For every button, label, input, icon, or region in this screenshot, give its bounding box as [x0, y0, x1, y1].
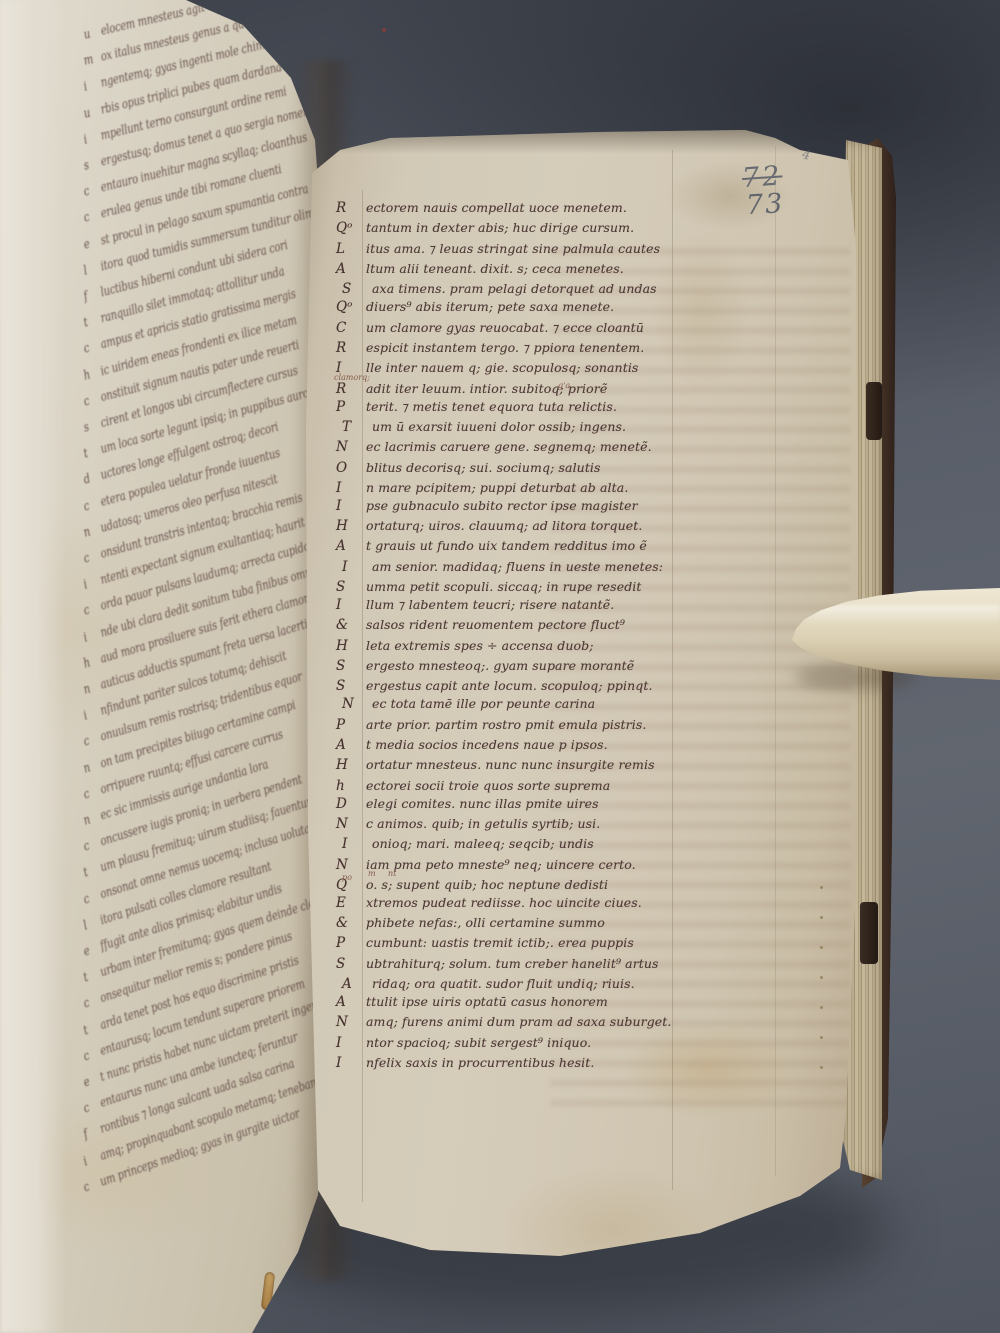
- verse-initial: f: [82, 288, 96, 305]
- verse-initial: i: [82, 576, 96, 593]
- verse-text: phibete nefas:, olli certamine summo: [366, 915, 605, 930]
- verse-initial: I: [342, 559, 362, 575]
- verse-initial: c: [82, 1099, 97, 1117]
- verse-initial: P: [336, 399, 356, 415]
- manuscript-line: Sergesto mnesteoq;. gyam supare morantẽ: [336, 658, 634, 674]
- verse-initial: n: [82, 759, 97, 776]
- verse-initial: E: [336, 895, 356, 911]
- verse-initial: c: [82, 183, 96, 200]
- interlinear-gloss: m: [368, 869, 376, 878]
- verse-initial: c: [82, 497, 96, 514]
- pricking-hole: [820, 1036, 823, 1039]
- verse-initial: d: [82, 471, 96, 488]
- manuscript-line: Attulit ipse uiris optatū casus honorem: [336, 994, 608, 1010]
- verse-initial: O: [336, 460, 356, 476]
- manuscript-line: Summa petit scopuli. siccaq; in rupe res…: [336, 579, 642, 595]
- manuscript-line: Saxa timens. pram pelagi detorquet ad un…: [342, 281, 657, 297]
- verse-initial: c: [82, 733, 97, 750]
- verse-text: umma petit scopuli. siccaq; in rupe rese…: [366, 579, 642, 594]
- verse-initial: &: [336, 617, 356, 633]
- manuscript-line: Illum ⁊ labentem teucri; risere natantẽ.: [336, 597, 614, 613]
- verse-text: t grauis ut fundo uix tandem redditus im…: [366, 538, 647, 553]
- pricking-hole: [820, 1006, 823, 1009]
- manuscript-line: Altum alii teneant. dixit. s; ceca menet…: [336, 261, 624, 277]
- manuscript-line: &phibete nefas:, olli certamine summo: [336, 915, 605, 931]
- verse-text: pse gubnaculo subito rector ipse magiste…: [366, 498, 638, 513]
- verse-text: ergestus capit ante locum. scopuloq; ppi…: [366, 678, 653, 693]
- manuscript-line: Infelix saxis in procurrentibus hesit.: [336, 1055, 594, 1071]
- verse-initial: e: [82, 1073, 97, 1091]
- verse-text: iam pma peto mneste⁹ neq; uincere certo.: [366, 857, 636, 872]
- manuscript-line: Hortatur mnesteus. nunc nunc insurgite r…: [336, 757, 655, 773]
- verse-initial: H: [336, 757, 356, 773]
- verse-initial: A: [336, 261, 356, 277]
- manuscript-line: Namq; furens animi dum pram ad saxa subu…: [336, 1014, 672, 1030]
- verse-text: ec lacrimis caruere gene. segnemq; menet…: [366, 439, 652, 454]
- verse-initial: Qᵒ: [336, 299, 356, 315]
- verse-text: ttulit ipse uiris optatū casus honorem: [366, 994, 608, 1009]
- clasp-nub: [860, 902, 878, 964]
- verse-initial: i: [82, 628, 96, 645]
- manuscript-line: Delegi comites. nunc illas pmite uires: [336, 796, 599, 812]
- verse-text: salsos rident reuomentem pectore fluct⁹: [366, 617, 625, 632]
- verse-text: o. s; supent quib; hoc neptune dedisti: [366, 877, 608, 892]
- pricking-hole: [820, 916, 823, 919]
- verse-text: elegi comites. nunc illas pmite uires: [366, 796, 599, 811]
- verse-initial: u: [82, 104, 96, 121]
- verse-initial: Qᵒ: [336, 220, 356, 236]
- clasp-nub: [866, 382, 882, 440]
- verse-initial: I: [336, 480, 356, 496]
- manuscript-line: Qᵒtantum in dexter abis; huc dirige curs…: [336, 220, 634, 236]
- manuscript-line: Sergestus capit ante locum. scopuloq; pp…: [336, 678, 653, 694]
- verse-initial: h: [336, 778, 356, 794]
- verse-initial: N: [336, 1014, 356, 1030]
- verse-initial: e: [82, 235, 96, 252]
- manuscript-line: Parte prior. partim rostro pmit emula pi…: [336, 717, 646, 733]
- verse-initial: A: [336, 538, 356, 554]
- pricking-hole: [820, 946, 823, 949]
- interlinear-gloss: nt: [388, 869, 396, 878]
- verse-initial: H: [336, 638, 356, 654]
- verse-initial: L: [336, 241, 356, 257]
- verse-text: nfelix saxis in procurrentibus hesit.: [366, 1055, 594, 1070]
- verse-initial: h: [82, 366, 96, 383]
- manuscript-line: Iam senior. madidaq; fluens in ueste men…: [342, 559, 663, 575]
- verse-initial: A: [336, 737, 356, 753]
- verse-initial: c: [82, 602, 96, 619]
- manuscript-line: At media socios incedens naue p ipsos.: [336, 737, 608, 753]
- verse-initial: R: [336, 381, 356, 397]
- verse-initial: N: [342, 696, 362, 712]
- manuscript-line: At grauis ut fundo uix tandem redditus i…: [336, 538, 647, 554]
- verse-initial: N: [336, 857, 356, 873]
- verse-text: adit iter leuum. intior. subitoq; priorẽ: [366, 381, 607, 396]
- verse-initial: i: [82, 131, 96, 148]
- verse-initial: n: [82, 811, 97, 828]
- red-speck: [382, 28, 386, 32]
- verse-initial: C: [336, 320, 356, 336]
- manuscript-line: Nec lacrimis caruere gene. segnemq; mene…: [336, 439, 652, 455]
- manuscript-line: In mare pcipitem; puppi deturbat ab alta…: [336, 480, 628, 496]
- verse-initial: &: [336, 915, 356, 931]
- verse-initial: t: [82, 1021, 97, 1039]
- manuscript-line: Nc animos. quib; in getulis syrtib; usi.: [336, 816, 600, 832]
- verse-text: arte prior. partim rostro pmit emula pis…: [366, 717, 646, 732]
- manuscript-line: Hortaturq; uiros. clauumq; ad litora tor…: [336, 518, 642, 534]
- verse-initial: c: [82, 1047, 97, 1065]
- right-page-text-column: Rectorem nauis compellat uoce menetem.Qᵒ…: [300, 128, 865, 1263]
- verse-initial: R: [336, 340, 356, 356]
- verse-text: ergesto mnesteoq;. gyam supare morantẽ: [366, 658, 634, 673]
- manuscript-line: Cum clamore gyas reuocabat. ⁊ ecce cloan…: [336, 320, 644, 336]
- verse-initial: c: [82, 785, 97, 802]
- manuscript-line: Litus ama. ⁊ leuas stringat sine palmula…: [336, 241, 660, 257]
- verse-text: espicit instantem tergo. ⁊ ppiora tenent…: [366, 340, 644, 355]
- manuscript-line: &salsos rident reuomentem pectore fluct⁹: [336, 617, 625, 633]
- verse-text: itus ama. ⁊ leuas stringat sine palmula …: [366, 241, 660, 256]
- verse-initial: P: [336, 935, 356, 951]
- verse-initial: c: [82, 994, 97, 1012]
- verse-initial: A: [342, 976, 362, 992]
- verse-initial: c: [82, 209, 96, 226]
- manuscript-line: hectorei socii troie quos sorte suprema: [336, 778, 610, 794]
- manuscript-line: Respicit instantem tergo. ⁊ ppiora tenen…: [336, 340, 644, 356]
- verse-text: c animos. quib; in getulis syrtib; usi.: [366, 816, 600, 831]
- manuscript-photo: uelocem mnesteus agit acri remige pristi…: [0, 0, 1000, 1333]
- verse-initial: i: [82, 78, 96, 95]
- verse-initial: c: [82, 340, 96, 357]
- verse-text: ectorei socii troie quos sorte suprema: [366, 778, 610, 793]
- verse-text: axa timens. pram pelagi detorquet ad und…: [372, 281, 657, 296]
- verse-initial: u: [82, 26, 96, 43]
- verse-initial: c: [82, 837, 97, 854]
- verse-text: am senior. madidaq; fluens in ueste mene…: [372, 559, 663, 574]
- interlinear-gloss: clamorq;: [334, 373, 370, 382]
- verse-initial: H: [336, 518, 356, 534]
- verse-initial: S: [336, 678, 356, 694]
- verse-initial: S: [336, 579, 356, 595]
- manuscript-line: Tum ū exarsit iuueni dolor ossib; ingens…: [342, 419, 626, 435]
- verse-initial: N: [336, 439, 356, 455]
- manuscript-line: Rectorem nauis compellat uoce menetem.: [336, 200, 627, 216]
- verse-initial: i: [82, 1152, 97, 1170]
- verse-initial: c: [82, 549, 96, 566]
- verse-text: ectorem nauis compellat uoce menetem.: [366, 200, 627, 215]
- manuscript-line: Ille inter nauem q; gie. scopulosq; sona…: [336, 360, 638, 376]
- verse-initial: c: [82, 890, 97, 908]
- verse-text: ntor spacioq; subit sergest⁹ iniquo.: [366, 1035, 591, 1050]
- verse-initial: t: [82, 968, 97, 986]
- folio-number: 73: [745, 185, 836, 221]
- verse-text: blitus decorisq; sui. sociumq; salutis: [366, 460, 601, 475]
- verse-initial: D: [336, 796, 356, 812]
- manuscript-line: Pcumbunt: uastis tremit ictib;. erea pup…: [336, 935, 634, 951]
- manuscript-line: Extremos pudeat rediisse. hoc uincite ci…: [336, 895, 642, 911]
- verse-text: leta extremis spes ÷ accensa duob;: [366, 638, 594, 653]
- verse-text: um ū exarsit iuueni dolor ossib; ingens.: [372, 419, 626, 434]
- verse-initial: S: [336, 658, 356, 674]
- verse-initial: l: [82, 916, 97, 934]
- manuscript-line: Pterit. ⁊ metis tenet equora tuta relict…: [336, 399, 617, 415]
- verse-initial: A: [336, 994, 356, 1010]
- right-page: Rectorem nauis compellat uoce menetem.Qᵒ…: [300, 128, 865, 1263]
- verse-initial: m: [82, 52, 96, 69]
- interlinear-gloss: g'a: [558, 381, 570, 390]
- verse-initial: I: [342, 836, 362, 852]
- verse-initial: t: [82, 314, 96, 331]
- verse-initial: n: [82, 680, 96, 697]
- verse-initial: I: [336, 1055, 356, 1071]
- verse-initial: i: [82, 706, 96, 723]
- verse-initial: n: [82, 523, 96, 540]
- verse-text: ubtrahiturq; solum. tum creber hanelit⁹ …: [366, 956, 659, 971]
- manuscript-line: Aridaq; ora quatit. sudor fluit undiq; r…: [342, 976, 635, 992]
- verse-text: tantum in dexter abis; huc dirige cursum…: [366, 220, 634, 235]
- verse-initial: P: [336, 717, 356, 733]
- verse-initial: S: [342, 281, 362, 297]
- pricking-hole: [820, 886, 823, 889]
- verse-text: onioq; mari. maleeq; seqcib; undis: [372, 836, 594, 851]
- verse-initial: N: [336, 816, 356, 832]
- verse-initial: h: [82, 654, 96, 671]
- verse-text: um clamore gyas reuocabat. ⁊ ecce cloant…: [366, 320, 644, 335]
- verse-text: diuers⁹ abis iterum; pete saxa menete.: [366, 299, 614, 314]
- verse-initial: c: [82, 1178, 97, 1196]
- pricking-hole: [820, 1066, 823, 1069]
- verse-initial: c: [82, 392, 96, 409]
- verse-text: amq; furens animi dum pram ad saxa subur…: [366, 1014, 672, 1029]
- verse-initial: I: [336, 498, 356, 514]
- verse-text: t media socios incedens naue p ipsos.: [366, 737, 608, 752]
- interlinear-gloss: po: [342, 873, 352, 882]
- verse-initial: f: [82, 1125, 97, 1143]
- manuscript-line: Oblitus decorisq; sui. sociumq; salutis: [336, 460, 601, 476]
- verse-text: n mare pcipitem; puppi deturbat ab alta.: [366, 480, 628, 495]
- manuscript-line: Hleta extremis spes ÷ accensa duob;: [336, 638, 594, 654]
- verse-initial: t: [82, 864, 97, 882]
- verse-text: ortaturq; uiros. clauumq; ad litora torq…: [366, 518, 642, 533]
- folio-numbers: 72 73: [742, 160, 832, 219]
- verse-initial: s: [82, 157, 96, 174]
- verse-initial: T: [342, 419, 362, 435]
- verse-text: lle inter nauem q; gie. scopulosq; sonan…: [366, 360, 638, 375]
- manuscript-line: Niam pma peto mneste⁹ neq; uincere certo…: [336, 857, 636, 873]
- verse-initial: t: [82, 445, 96, 462]
- verse-text: llum ⁊ labentem teucri; risere natantẽ.: [366, 597, 614, 612]
- verse-initial: I: [336, 597, 356, 613]
- verse-text: ortatur mnesteus. nunc nunc insurgite re…: [366, 757, 655, 772]
- verse-initial: e: [82, 942, 97, 960]
- verse-initial: I: [336, 1035, 356, 1051]
- manuscript-line: Qo. s; supent quib; hoc neptune dedisti: [336, 877, 608, 893]
- verse-text: ltum alii teneant. dixit. s; ceca menete…: [366, 261, 624, 276]
- verse-initial: l: [82, 261, 96, 278]
- verse-text: xtremos pudeat rediisse. hoc uincite ciu…: [366, 895, 642, 910]
- verse-text: cumbunt: uastis tremit ictib;. erea pupp…: [366, 935, 634, 950]
- verse-initial: s: [82, 418, 96, 435]
- verse-text: ridaq; ora quatit. sudor fluit undiq; ri…: [372, 976, 635, 991]
- pricking-hole: [820, 976, 823, 979]
- manuscript-line: Subtrahiturq; solum. tum creber hanelit⁹…: [336, 956, 659, 972]
- manuscript-line: Ipse gubnaculo subito rector ipse magist…: [336, 498, 638, 514]
- verse-initial: S: [336, 956, 356, 972]
- manuscript-line: Ionioq; mari. maleeq; seqcib; undis: [342, 836, 594, 852]
- verse-initial: R: [336, 200, 356, 216]
- manuscript-line: Qᵒdiuers⁹ abis iterum; pete saxa menete.: [336, 299, 614, 315]
- verse-text: ec tota tamē ille por peunte carina: [372, 696, 595, 711]
- manuscript-line: Intor spacioq; subit sergest⁹ iniquo.: [336, 1035, 591, 1051]
- manuscript-line: Nec tota tamē ille por peunte carina: [342, 696, 595, 712]
- verse-text: terit. ⁊ metis tenet equora tuta relicti…: [366, 399, 617, 414]
